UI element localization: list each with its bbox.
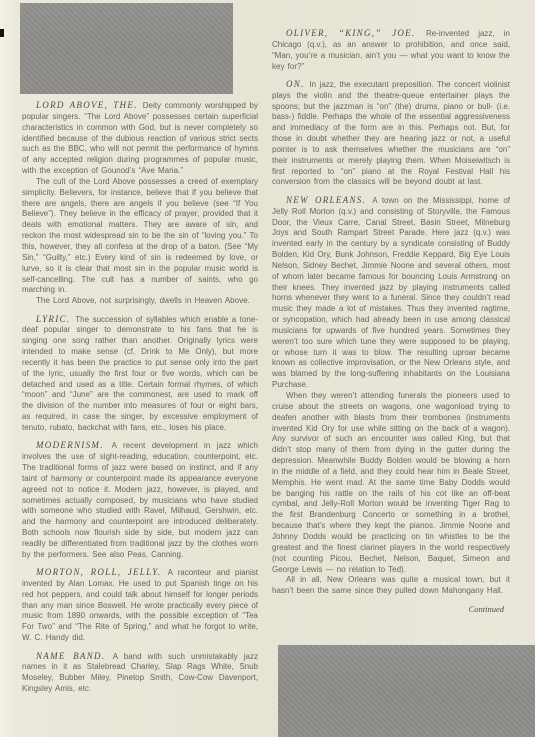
continued-label: Continued: [272, 604, 504, 615]
grayscale-photo-top: [20, 3, 233, 94]
entry-term: MORTON, ROLL, JELLY.: [36, 567, 168, 577]
entry-lead-paragraph: LYRIC. The succession of syllables which…: [22, 314, 258, 434]
entry-term: NEW ORLEANS.: [286, 195, 372, 205]
entry-term: OLIVER, “KING,” JOE.: [286, 28, 426, 38]
glossary-entry: MODERNISM. A recent development in jazz …: [22, 440, 258, 560]
entry-term: LORD ABOVE, THE.: [36, 100, 143, 110]
glossary-entry: MORTON, ROLL, JELLY. A raconteur and pia…: [22, 567, 258, 644]
glossary-entry: LYRIC. The succession of syllables which…: [22, 314, 258, 434]
page-edge-ink-mark: [0, 29, 4, 37]
entry-term: ON.: [286, 79, 309, 89]
entry-term: NAME BAND.: [36, 651, 113, 661]
entry-term: LYRIC.: [36, 314, 75, 324]
entry-lead-paragraph: MODERNISM. A recent development in jazz …: [22, 440, 258, 560]
entry-paragraph: All in all, New Orleans was quite a musi…: [272, 575, 510, 597]
right-column-entries: OLIVER, “KING,” JOE. Re-invented jazz, i…: [272, 28, 510, 597]
glossary-entry: OLIVER, “KING,” JOE. Re-invented jazz, i…: [272, 28, 510, 72]
glossary-entry: NAME BAND. A band with such unmistakably…: [22, 651, 258, 695]
entry-paragraph: When they weren’t attending funerals the…: [272, 391, 510, 575]
right-text-column: OLIVER, “KING,” JOE. Re-invented jazz, i…: [272, 28, 510, 614]
glossary-entry: LORD ABOVE, THE. Deity commonly worshipp…: [22, 100, 258, 307]
entry-paragraph: The Lord Above, not surprisingly, dwells…: [22, 296, 258, 307]
entry-lead-paragraph: ON. In jazz, the executant preposition. …: [272, 79, 510, 188]
entry-lead-paragraph: NEW ORLEANS. A town on the Mississippi, …: [272, 195, 510, 391]
entry-term: MODERNISM.: [36, 440, 112, 450]
entry-lead-paragraph: OLIVER, “KING,” JOE. Re-invented jazz, i…: [272, 28, 510, 72]
entry-lead-paragraph: LORD ABOVE, THE. Deity commonly worshipp…: [22, 100, 258, 177]
glossary-entry: ON. In jazz, the executant preposition. …: [272, 79, 510, 188]
entry-paragraph: The cult of the Lord Above possesses a c…: [22, 177, 258, 296]
entry-lead-paragraph: NAME BAND. A band with such unmistakably…: [22, 651, 258, 695]
glossary-entry: NEW ORLEANS. A town on the Mississippi, …: [272, 195, 510, 597]
entry-lead-paragraph: MORTON, ROLL, JELLY. A raconteur and pia…: [22, 567, 258, 644]
left-text-column: LORD ABOVE, THE. Deity commonly worshipp…: [22, 100, 258, 701]
grayscale-photo-bottom: [278, 645, 535, 737]
